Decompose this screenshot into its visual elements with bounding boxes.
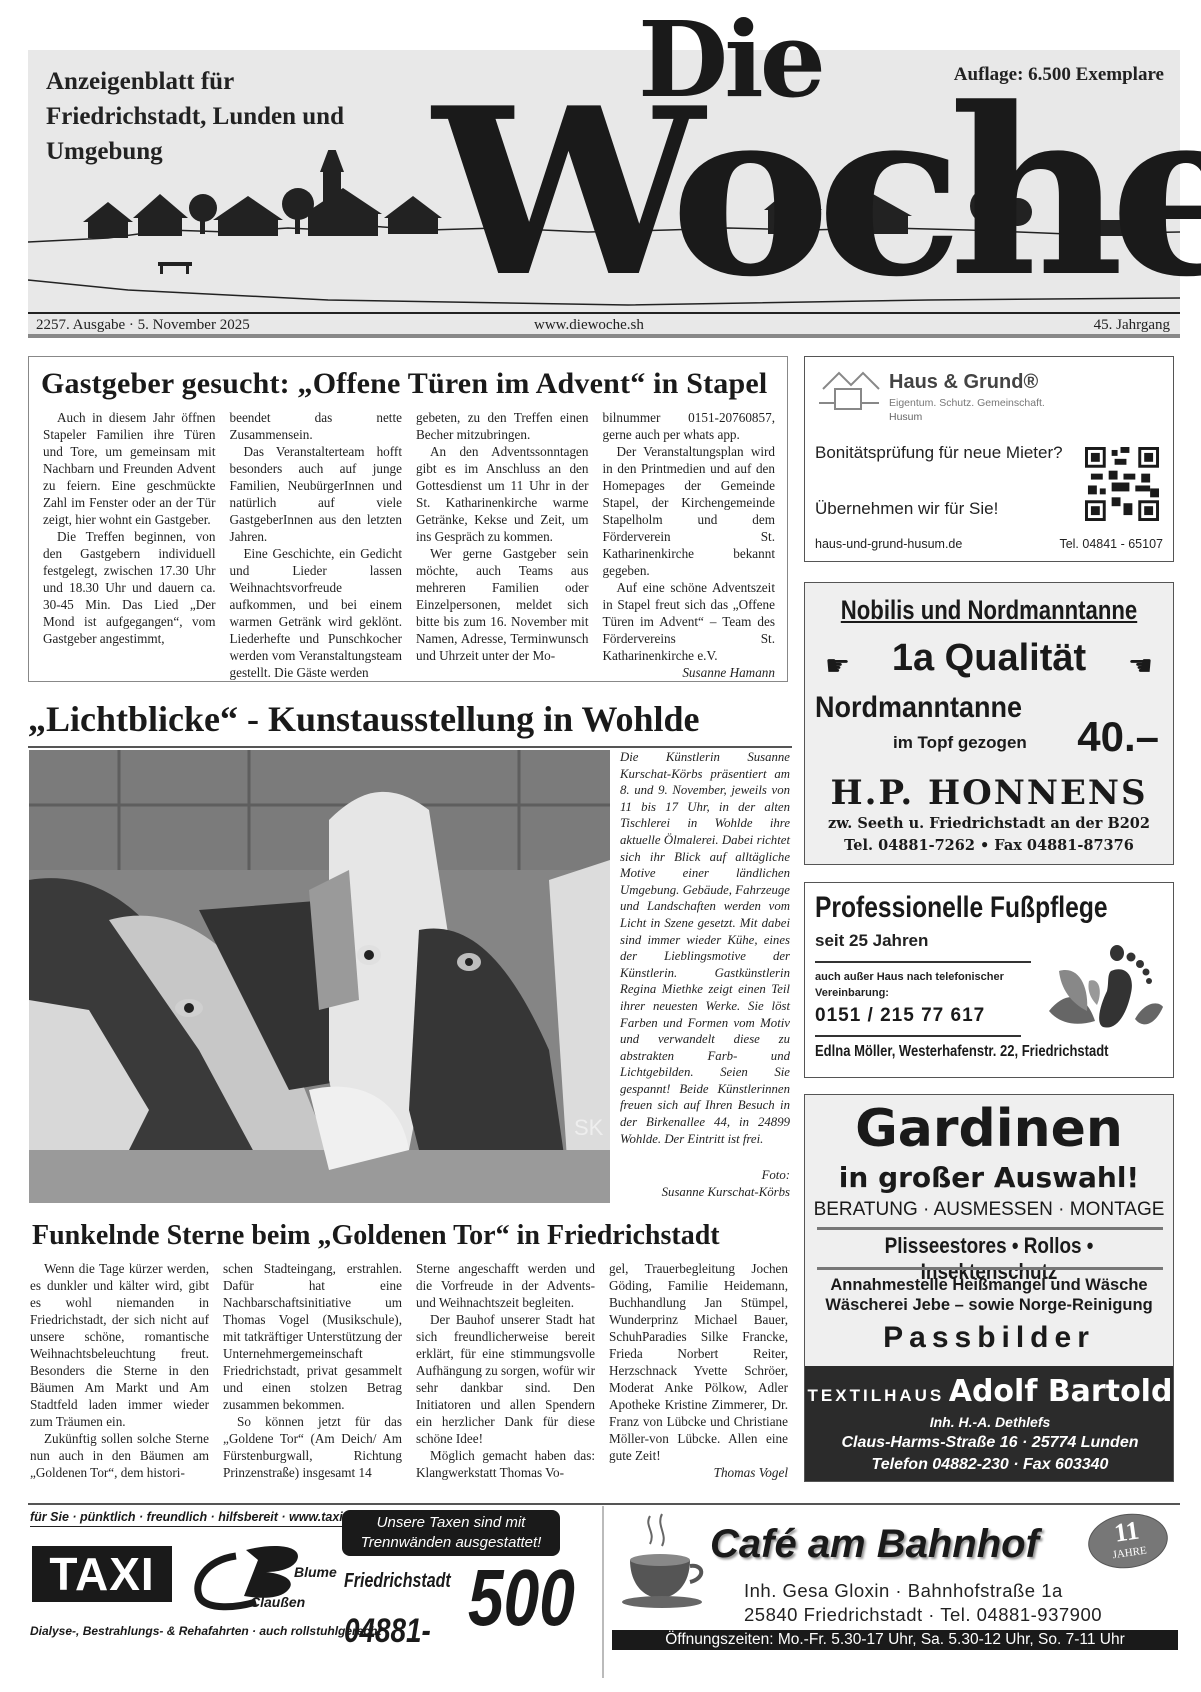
shop-prefix: TEXTILHAUS <box>808 1386 945 1405</box>
article-column: Wenn die Tage kürzer werden, es dunkler … <box>30 1260 209 1481</box>
phone-number: Tel. 04841 - 65107 <box>1059 537 1163 551</box>
ad-note: auch außer Haus nach telefonischer Verei… <box>815 969 1015 1001</box>
article-headline: Funkelnde Sterne beim „Goldenen Tor“ in … <box>32 1220 720 1252</box>
brand-city: Husum <box>889 411 922 423</box>
cafe-name: Café am Bahnhof <box>710 1522 1039 1567</box>
ad-laundry: Annahmestelle Heißmangel und Wäsche Wäsc… <box>805 1275 1173 1315</box>
article-gastgeber: Gastgeber gesucht: „Offene Türen im Adve… <box>28 356 788 682</box>
ad-haus-und-grund: Haus & Grund® Eigentum. Schutz. Gemeinsc… <box>804 356 1174 562</box>
newspaper-title-prefix: Die <box>638 8 822 112</box>
tagline: Anzeigenblatt für Friedrichstadt, Lunden… <box>46 64 366 169</box>
photo-caption: Die Künstlerin Susanne Kurschat-Körbs pr… <box>620 749 790 1147</box>
company-address: zw. Seeth u. Friedrichstadt an der B202 <box>805 815 1173 832</box>
price: 40.– <box>1077 713 1159 761</box>
painting-photo: SK <box>29 750 610 1203</box>
headline-rule <box>28 746 792 748</box>
svg-text:SK: SK <box>574 1115 604 1140</box>
cafe-owner: Inh. Gesa Gloxin · Bahnhofstraße 1a <box>744 1580 1063 1602</box>
brand-slogan: Eigentum. Schutz. Gemeinschaft. <box>889 397 1045 409</box>
taxi-name-1: Blume <box>294 1564 337 1580</box>
article-body: Wenn die Tage kürzer werden, es dunkler … <box>30 1260 788 1481</box>
shop-title: Adolf Bartold <box>949 1374 1173 1409</box>
laundry-line: Wäscherei Jebe – sowie Norge-Reinigung <box>805 1295 1173 1315</box>
laundry-line: Annahmestelle Heißmangel und Wäsche <box>805 1275 1173 1295</box>
paragraph: Eine Geschichte, ein Gedicht und Lieder … <box>230 545 403 681</box>
paragraph: Auch in diesem Jahr öffnen Stapeler Fami… <box>43 409 216 528</box>
cows-painting-image: SK <box>29 750 610 1203</box>
ad-headline: Nobilis und Nordmanntanne <box>838 595 1140 626</box>
paragraph: beendet das nette Zusammensein. <box>230 409 403 443</box>
coffee-cup-icon <box>620 1512 710 1612</box>
website-link[interactable]: haus-und-grund-husum.de <box>815 537 962 551</box>
article-author: Thomas Vogel <box>609 1464 788 1481</box>
ad-photos: Passbilder <box>805 1321 1173 1355</box>
issue-date: 2257. Ausgabe · 5. November 2025 <box>36 317 250 334</box>
paragraph: gel, Trauerbegleitung Jochen Göding, Fam… <box>609 1260 788 1464</box>
quality-label: 1a Qualität <box>805 637 1173 680</box>
photo-credit-label: Foto: <box>620 1167 790 1184</box>
pointing-hand-left-icon: ☚ <box>1128 649 1153 682</box>
taxi-name-2: Claußen <box>250 1594 305 1610</box>
article-headline: „Lichtblicke“ - Kunstausstellung in Wohl… <box>28 698 700 740</box>
ad-honnens: Nobilis und Nordmanntanne ☛ 1a Qualität … <box>804 582 1174 865</box>
footprint-leaves-icon <box>1045 941 1165 1041</box>
article-column: schen Stadteingang, erstrahlen. Dafür ha… <box>223 1260 402 1481</box>
anniversary-badge: 11 JAHRE <box>1085 1509 1172 1574</box>
masthead-bottom-bar <box>28 334 1180 338</box>
article-column: gel, Trauerbegleitung Jochen Göding, Fam… <box>609 1260 788 1481</box>
ad-textilhaus-bartold: Gardinen in großer Auswahl! BERATUNG · A… <box>804 1094 1174 1482</box>
paragraph: Zukünftig sollen solche Sterne nun auch … <box>30 1430 209 1481</box>
shop-owner: Inh. H.-A. Dethlefs <box>805 1414 1174 1430</box>
ad-fusspflege: Professionelle Fußpflege seit 25 Jahren … <box>804 882 1174 1078</box>
article-column: Auch in diesem Jahr öffnen Stapeler Fami… <box>43 409 216 681</box>
taxi-notice: Unsere Taxen sind mit Trennwänden ausges… <box>342 1510 560 1556</box>
paragraph: Wenn die Tage kürzer werden, es dunkler … <box>30 1260 209 1430</box>
article-column: gebeten, zu den Treffen einen Becher mit… <box>416 409 589 681</box>
divider <box>815 961 1031 963</box>
taxi-sign: TAXI <box>32 1546 172 1602</box>
divider <box>815 1035 1021 1037</box>
photo-credit: Foto: Susanne Kurschat-Körbs <box>620 1167 790 1200</box>
paragraph: gebeten, zu den Treffen einen Becher mit… <box>416 409 589 443</box>
taxi-city: Friedrichstadt <box>344 1570 451 1593</box>
taxi-slogan: für Sie · pünktlich · freundlich · hilfs… <box>30 1510 386 1527</box>
ad-question: Bonitätsprüfung für neue Mieter? <box>815 441 1065 465</box>
opening-hours: Öffnungszeiten: Mo.-Fr. 5.30-17 Uhr, Sa.… <box>612 1630 1178 1650</box>
photo-credit-name: Susanne Kurschat-Körbs <box>620 1184 790 1201</box>
ad-cafe-am-bahnhof: Café am Bahnhof 11 JAHRE Inh. Gesa Gloxi… <box>602 1506 1180 1678</box>
taxi-number: 500 <box>468 1558 575 1638</box>
paragraph: bilnummer 0151-20760857, gerne auch per … <box>603 409 776 443</box>
product-name: Nordmanntanne <box>815 691 1022 725</box>
product-detail: im Topf gezogen <box>893 733 1027 753</box>
volume: 45. Jahrgang <box>1094 317 1170 334</box>
brand-name: Haus & Grund® <box>889 371 1038 394</box>
cafe-address: 25840 Friedrichstadt · Tel. 04881-937900 <box>744 1604 1102 1626</box>
masthead-rule <box>28 312 1180 314</box>
paragraph: Sterne angeschafft werden und die Vorfre… <box>416 1260 595 1311</box>
article-author: Susanne Hamann <box>603 664 776 681</box>
website-link[interactable]: www.diewoche.sh <box>534 317 644 334</box>
paragraph: So können jetzt für das „Goldene Tor“ (A… <box>223 1413 402 1481</box>
taxi-services: Dialyse-, Bestrahlungs- & Rehafahrten · … <box>30 1624 381 1638</box>
divider <box>817 1267 1163 1270</box>
taxi-area-code: 04881- <box>344 1612 431 1651</box>
ad-headline: Gardinen <box>805 1099 1173 1159</box>
footer-rule <box>28 1503 1180 1505</box>
shop-name: TEXTILHAUS Adolf Bartold <box>805 1374 1174 1409</box>
shop-phone: Telefon 04882-230 · Fax 603340 <box>805 1456 1174 1474</box>
paragraph: Die Treffen beginnen, von den Gastgebern… <box>43 528 216 647</box>
article-headline: Gastgeber gesucht: „Offene Türen im Adve… <box>41 367 767 401</box>
ad-services: BERATUNG · AUSMESSEN · MONTAGE <box>805 1199 1173 1221</box>
company-phone: Tel. 04881-7262 • Fax 04881-87376 <box>805 837 1173 854</box>
phone-number: 0151 / 215 77 617 <box>815 1005 985 1027</box>
ad-answer: Übernehmen wir für Sie! <box>815 499 998 519</box>
paragraph: Auf eine schöne Adventszeit in Stapel fr… <box>603 579 776 664</box>
article-column: Sterne angeschafft werden und die Vorfre… <box>416 1260 595 1481</box>
masthead: Anzeigenblatt für Friedrichstadt, Lunden… <box>28 50 1180 338</box>
paragraph: Möglich gemacht haben das: Klangwerkstat… <box>416 1447 595 1481</box>
house-logo-icon <box>817 367 883 415</box>
qr-code-icon[interactable] <box>1085 447 1159 521</box>
paragraph: An den Adventssonntagen gibt es im Ansch… <box>416 443 589 545</box>
paragraph: schen Stadteingang, erstrahlen. Dafür ha… <box>223 1260 402 1413</box>
company-name: H.P. HONNENS <box>805 773 1173 813</box>
paragraph: Der Bauhof unserer Stadt hat sich freund… <box>416 1311 595 1447</box>
shop-info-panel: TEXTILHAUS Adolf Bartold Inh. H.-A. Deth… <box>805 1366 1174 1482</box>
article-column: beendet das nette Zusammensein. Das Vera… <box>230 409 403 681</box>
article-body: Auch in diesem Jahr öffnen Stapeler Fami… <box>43 409 775 681</box>
ad-address: Edlna Möller, Westerhafenstr. 22, Friedr… <box>815 1043 1109 1061</box>
paragraph: Das Veranstalterteam hofft besonders auc… <box>230 443 403 545</box>
shop-address: Claus-Harms-Straße 16 · 25774 Lunden <box>805 1434 1174 1452</box>
paragraph: Der Veranstaltungsplan wird in den Print… <box>603 443 776 579</box>
paragraph: Wer gerne Gastgeber sein möchte, auch Te… <box>416 545 589 664</box>
ad-subheadline: in großer Auswahl! <box>805 1161 1173 1194</box>
article-column: bilnummer 0151-20760857, gerne auch per … <box>603 409 776 681</box>
ad-headline: Professionelle Fußpflege <box>815 891 1108 925</box>
ad-since: seit 25 Jahren <box>815 931 928 951</box>
circulation: Auflage: 6.500 Exemplare <box>954 64 1164 86</box>
divider <box>817 1227 1163 1230</box>
ad-taxi: für Sie · pünktlich · freundlich · hilfs… <box>28 1506 598 1678</box>
